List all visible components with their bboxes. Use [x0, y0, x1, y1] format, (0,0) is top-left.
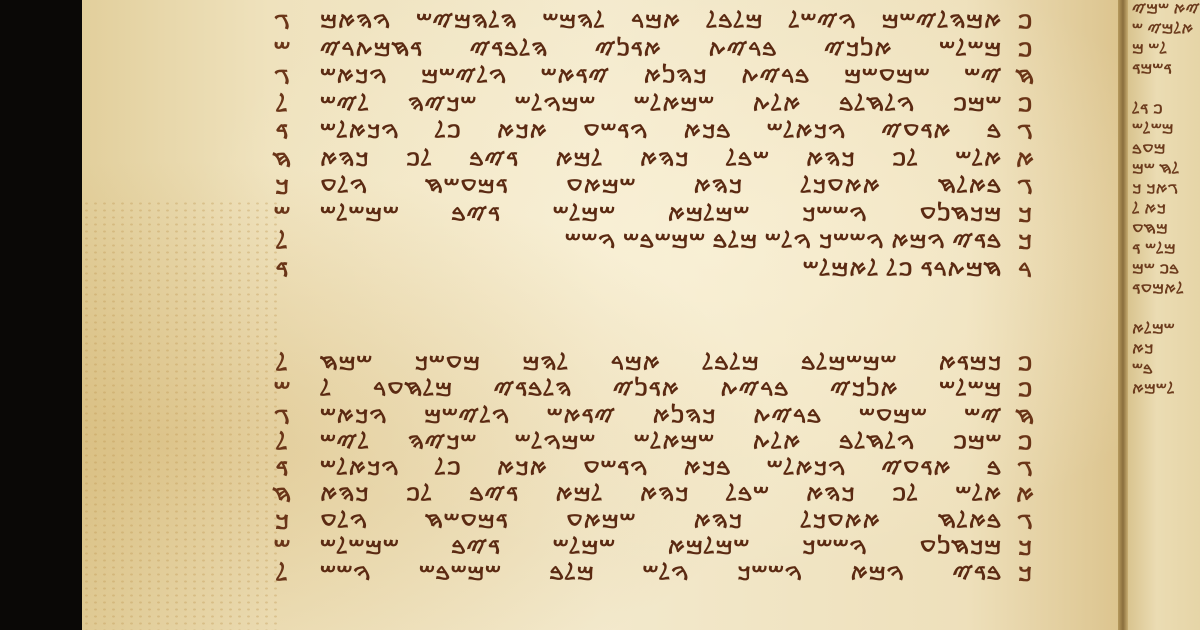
manuscript-line: ࠃࠁ ࠀࠃࠏࠉ ࠅࠊࠀࠋࠔ ࠁࠊࠀ ࠅࠃࠔࠏ ࠀࠊࠀ ࠐࠋ ࠅࠊࠀࠋࠔࠂ: [268, 118, 1038, 146]
adjacent-page-line: ࠋࠔࠌࠀ: [1128, 380, 1200, 400]
adjacent-page-line: [1128, 300, 1200, 320]
margin-letter-left: ࠔ: [268, 534, 296, 560]
margin-letter-right: ࠊ: [1012, 560, 1038, 586]
dark-background-left: [0, 0, 82, 630]
margin-letter-right: ࠀ: [1012, 146, 1038, 174]
line-text: ࠁ ࠀࠃࠏࠉ ࠅࠊࠀࠋࠔ ࠁࠊࠀ ࠅࠃࠔࠏ ࠀࠊࠀ ࠐࠋ ࠅࠊࠀࠋࠔ: [320, 118, 1002, 146]
margin-letter-left: ࠇ: [268, 481, 296, 507]
adjacent-page-line: ࠀࠋࠌࠉ ࠔ: [1128, 20, 1200, 40]
margin-letter-left: ࠔ: [268, 376, 296, 402]
margin-letter-right: ࠊ: [1012, 228, 1038, 256]
line-text: ࠔࠌࠐ ࠅࠋࠇࠋࠁ ࠀࠋࠕ ࠔࠌࠀࠋࠔ ࠔࠌࠅࠋࠔ ࠔࠊࠉࠄ ࠋࠉࠔ: [320, 91, 1002, 119]
line-text: ࠁࠀࠋࠇ ࠀࠀࠏࠊࠋ ࠊࠄࠀ ࠔࠌࠀࠏ ࠃࠌࠏࠔࠇ ࠅࠋࠏ: [320, 173, 1002, 201]
margin-letter-left: ࠋ: [268, 228, 296, 256]
manuscript-line: ࠇࠀࠋࠔ ࠋࠐ ࠊࠄࠀ ࠔࠁࠋ ࠊࠄࠀ ࠋࠌࠀ ࠃࠉࠁ ࠋࠐ ࠊࠄࠀࠀ: [268, 481, 1038, 507]
adjacent-page-edge: ࠃࠉࠀ ࠔࠌࠉ ࠀࠋࠌࠉ ࠔ ࠋࠔ ࠌ ࠃࠔࠌࠃ ࠐ ࠃࠋ ࠌࠔࠋࠔ ࠌࠏࠁ ࠋ…: [1128, 0, 1200, 630]
adjacent-page-line: ࠃࠉࠀ ࠔࠌࠉ: [1128, 0, 1200, 20]
margin-letter-left: ࠇ: [268, 146, 296, 174]
margin-letter-left: ࠋ: [268, 350, 296, 376]
adjacent-page-line: [1128, 80, 1200, 100]
margin-letter-right: ࠂ: [1012, 173, 1038, 201]
manuscript-line: ࠋࠁࠃࠉ ࠅࠌࠀ ࠅࠔࠔࠊ ࠅࠋࠔ ࠌࠋࠁ ࠔࠌࠔࠁࠔ ࠅࠔࠔࠊ: [268, 228, 1038, 256]
manuscript-line: ࠃࠇࠌࠕࠓࠃ ࠐࠋ ࠋࠀࠌࠋࠔࠓ: [268, 256, 1038, 284]
margin-letter-left: ࠊ: [268, 173, 296, 201]
manuscript-line: ࠂࠉࠔ ࠔࠌࠏࠔࠌ ࠁࠓࠉࠕ ࠊࠄࠍࠀ ࠉࠃࠀࠔ ࠅࠋࠉࠔࠌ ࠅࠊࠀࠔࠇ: [268, 63, 1038, 91]
line-text: ࠉࠔ ࠔࠌࠏࠔ ࠁࠓࠉࠕ ࠊࠄࠍࠀ ࠉࠃࠀࠔ ࠅࠋࠉࠔࠌ ࠅࠊࠀࠔ: [320, 403, 1002, 429]
line-text: ࠌࠔࠋࠔ ࠀࠍࠊࠉ ࠁࠓࠉࠕ ࠀࠃࠍࠉ ࠄࠋࠁࠃࠉ ࠌࠋࠇࠏࠓ ࠋ: [320, 376, 1002, 402]
manuscript-line: ࠔࠌࠔࠋࠔ ࠀࠍࠊࠉ ࠁࠓࠉࠕ ࠀࠃࠍࠉ ࠄࠋࠁࠃࠉ ࠌࠋࠇࠏࠓ ࠋࠐ: [268, 376, 1038, 402]
adjacent-page-line: ࠌࠏࠁ: [1128, 140, 1200, 160]
margin-letter-right: ࠂ: [1012, 118, 1038, 146]
margin-letter-left: ࠃ: [268, 118, 296, 146]
manuscript-line: ࠔࠌࠊࠇࠍࠏ ࠅࠔࠔࠊ ࠔࠌࠋࠌࠀ ࠔࠌࠋࠔ ࠃࠉࠁ ࠔࠌࠔࠋࠔࠊ: [268, 201, 1038, 229]
margin-letter-left: ࠋ: [268, 429, 296, 455]
margin-letter-left: ࠔ: [268, 36, 296, 64]
adjacent-page-line: ࠃࠔࠌࠃ: [1128, 60, 1200, 80]
manuscript-line: ࠋࠁࠃࠉ ࠅࠌࠀ ࠅࠔࠔࠊ ࠅࠋࠔ ࠌࠋࠁ ࠔࠌࠔࠁࠔ ࠅࠔࠔࠊ: [268, 560, 1038, 586]
adjacent-page-line: ࠁࠐ ࠔࠌ: [1128, 260, 1200, 280]
margin-letter-right: ࠂ: [1012, 508, 1038, 534]
line-text: ࠌࠔࠋࠔ ࠀࠍࠊࠉ ࠁࠓࠉࠕ ࠀࠃࠍࠉ ࠄࠋࠁࠃࠉ ࠃࠇࠌࠕࠓࠉ: [320, 36, 1002, 64]
margin-letter-left: ࠂ: [268, 403, 296, 429]
adjacent-page-line: ࠂࠀࠊ ࠊ: [1128, 180, 1200, 200]
manuscript-line: ࠔࠌࠊࠇࠍࠏ ࠅࠔࠔࠊ ࠔࠌࠋࠌࠀ ࠔࠌࠋࠔ ࠃࠉࠁ ࠔࠌࠔࠋࠔࠊ: [268, 534, 1038, 560]
manuscript-line: ࠋࠔࠌࠐ ࠅࠋࠇࠋࠁ ࠀࠋࠕ ࠔࠌࠀࠋࠔ ࠔࠌࠅࠋࠔ ࠔࠊࠉࠄ ࠋࠉࠔࠐ: [268, 91, 1038, 119]
adjacent-page-line: ࠌࠔࠋࠔ: [1128, 120, 1200, 140]
margin-letter-left: ࠊ: [268, 508, 296, 534]
adjacent-page-line: ࠌࠋࠔ ࠃ: [1128, 240, 1200, 260]
margin-letter-left: ࠋ: [268, 560, 296, 586]
manuscript-line: ࠃࠁ ࠀࠃࠏࠉ ࠅࠊࠀࠋࠔ ࠁࠊࠀ ࠅࠃࠔࠏ ࠀࠊࠀ ࠐࠋ ࠅࠊࠀࠋࠔࠂ: [268, 455, 1038, 481]
adjacent-page-line: ࠊࠀ ࠋ: [1128, 200, 1200, 220]
margin-letter-right: ࠓ: [1012, 256, 1038, 284]
line-text: ࠉࠔ ࠔࠌࠏࠔࠌ ࠁࠓࠉࠕ ࠊࠄࠍࠀ ࠉࠃࠀࠔ ࠅࠋࠉࠔࠌ ࠅࠊࠀࠔ: [320, 63, 1002, 91]
margin-letter-right: ࠀ: [1012, 481, 1038, 507]
margin-letter-right: ࠊ: [1012, 201, 1038, 229]
manuscript-line: ࠂࠉࠔ ࠔࠌࠏࠔ ࠁࠓࠉࠕ ࠊࠄࠍࠀ ࠉࠃࠀࠔ ࠅࠋࠉࠔࠌ ࠅࠊࠀࠔࠇ: [268, 403, 1038, 429]
adjacent-page-line: ࠐ ࠃࠋ: [1128, 100, 1200, 120]
margin-letter-left: ࠂ: [268, 63, 296, 91]
line-text: ࠁࠀࠋࠇ ࠀࠀࠏࠊࠋ ࠊࠄࠀ ࠔࠌࠀࠏ ࠃࠌࠏࠔࠇ ࠅࠋࠏ: [320, 508, 1002, 534]
line-text: ࠔࠌࠐ ࠅࠋࠇࠋࠁ ࠀࠋࠕ ࠔࠌࠀࠋࠔ ࠔࠌࠅࠋࠔ ࠔࠊࠉࠄ ࠋࠉࠔ: [320, 429, 1002, 455]
line-text: ࠁ ࠀࠃࠏࠉ ࠅࠊࠀࠋࠔ ࠁࠊࠀ ࠅࠃࠔࠏ ࠀࠊࠀ ࠐࠋ ࠅࠊࠀࠋࠔ: [320, 455, 1002, 481]
margin-letter-right: ࠐ: [1012, 350, 1038, 376]
adjacent-page-line: ࠋࠔ ࠌ: [1128, 40, 1200, 60]
margin-letter-right: ࠇ: [1012, 403, 1038, 429]
manuscript-line: ࠋࠔࠌࠐ ࠅࠋࠇࠋࠁ ࠀࠋࠕ ࠔࠌࠀࠋࠔ ࠔࠌࠅࠋࠔ ࠔࠊࠉࠄ ࠋࠉࠔࠐ: [268, 429, 1038, 455]
line-text: ࠀࠋࠔ ࠋࠐ ࠊࠄࠀ ࠔࠁࠋ ࠊࠄࠀ ࠋࠌࠀ ࠃࠉࠁ ࠋࠐ ࠊࠄࠀ: [320, 481, 1002, 507]
line-text: ࠀࠌࠄࠋࠉࠔࠌ ࠅࠉࠔࠋ ࠌࠋࠁࠋ ࠀࠌࠓ ࠋࠄࠌࠔ ࠄࠋࠄࠌࠉࠔ ࠅࠄࠀࠌ: [320, 8, 1002, 36]
margin-letter-right: ࠐ: [1012, 429, 1038, 455]
manuscript-line: ࠂࠀࠌࠄࠋࠉࠔࠌ ࠅࠉࠔࠋ ࠌࠋࠁࠋ ࠀࠌࠓ ࠋࠄࠌࠔ ࠄࠋࠄࠌࠉࠔ ࠅࠄࠀࠌࠐ: [268, 8, 1038, 36]
margin-letter-left: ࠋ: [268, 91, 296, 119]
text-block-upper: ࠂࠀࠌࠄࠋࠉࠔࠌ ࠅࠉࠔࠋ ࠌࠋࠁࠋ ࠀࠌࠓ ࠋࠄࠌࠔ ࠄࠋࠄࠌࠉࠔ ࠅࠄࠀࠌࠐ…: [268, 8, 1038, 283]
adjacent-page-line: ࠔࠌࠋࠀ: [1128, 320, 1200, 340]
adjacent-page-line: ࠋࠀࠌࠏࠃ: [1128, 280, 1200, 300]
line-text: ࠌࠊࠇࠍࠏ ࠅࠔࠔࠊ ࠔࠌࠋࠌࠀ ࠔࠌࠋࠔ ࠃࠉࠁ ࠔࠌࠔࠋࠔ: [320, 534, 1002, 560]
margin-letter-right: ࠐ: [1012, 376, 1038, 402]
line-text: ࠌࠊࠇࠍࠏ ࠅࠔࠔࠊ ࠔࠌࠋࠌࠀ ࠔࠌࠋࠔ ࠃࠉࠁ ࠔࠌࠔࠋࠔ: [320, 201, 1002, 229]
line-text: ࠊࠌࠃࠀ ࠔࠌࠔࠌࠋࠁ ࠌࠋࠁࠋ ࠀࠌࠓ ࠋࠄࠌ ࠌࠏࠔࠊ ࠔࠌࠇ: [320, 350, 1002, 376]
adjacent-page-line: ࠁࠔ: [1128, 360, 1200, 380]
manuscript-line: ࠔࠌࠔࠋࠔ ࠀࠍࠊࠉ ࠁࠓࠉࠕ ࠀࠃࠍࠉ ࠄࠋࠁࠃࠉ ࠃࠇࠌࠕࠓࠉࠐ: [268, 36, 1038, 64]
margin-letter-left: ࠔ: [268, 201, 296, 229]
margin-letter-left: ࠃ: [268, 455, 296, 481]
margin-letter-left: ࠂ: [268, 8, 296, 36]
margin-letter-right: ࠐ: [1012, 8, 1038, 36]
text-block-lower: ࠋࠊࠌࠃࠀ ࠔࠌࠔࠌࠋࠁ ࠌࠋࠁࠋ ࠀࠌࠓ ࠋࠄࠌ ࠌࠏࠔࠊ ࠔࠌࠇࠐ ࠔࠌࠔࠋ…: [268, 350, 1038, 587]
manuscript-line: ࠋࠊࠌࠃࠀ ࠔࠌࠔࠌࠋࠁ ࠌࠋࠁࠋ ࠀࠌࠓ ࠋࠄࠌ ࠌࠏࠔࠊ ࠔࠌࠇࠐ: [268, 350, 1038, 376]
margin-letter-left: ࠃ: [268, 256, 296, 284]
line-text: ࠁࠃࠉ ࠅࠌࠀ ࠅࠔࠔࠊ ࠅࠋࠔ ࠌࠋࠁ ࠔࠌࠔࠁࠔ ࠅࠔࠔ: [320, 560, 1002, 586]
line-text: ࠀࠋࠔ ࠋࠐ ࠊࠄࠀ ࠔࠁࠋ ࠊࠄࠀ ࠋࠌࠀ ࠃࠉࠁ ࠋࠐ ࠊࠄࠀ: [320, 146, 1002, 174]
manuscript-line: ࠊࠁࠀࠋࠇ ࠀࠀࠏࠊࠋ ࠊࠄࠀ ࠔࠌࠀࠏ ࠃࠌࠏࠔࠇ ࠅࠋࠏࠂ: [268, 508, 1038, 534]
line-text: ࠁࠃࠉ ࠅࠌࠀ ࠅࠔࠔࠊ ࠅࠋࠔ ࠌࠋࠁ ࠔࠌࠔࠁࠔ ࠅࠔࠔ: [320, 228, 1002, 256]
binding-gutter: [1118, 0, 1128, 630]
line-text: ࠇࠌࠕࠓࠃ ࠐࠋ ࠋࠀࠌࠋࠔ: [320, 256, 1002, 284]
adjacent-page-line: ࠊࠀ: [1128, 340, 1200, 360]
margin-letter-right: ࠐ: [1012, 36, 1038, 64]
adjacent-page-line: ࠋࠇ ࠔࠌ: [1128, 160, 1200, 180]
manuscript-line: ࠊࠁࠀࠋࠇ ࠀࠀࠏࠊࠋ ࠊࠄࠀ ࠔࠌࠀࠏ ࠃࠌࠏࠔࠇ ࠅࠋࠏࠂ: [268, 173, 1038, 201]
margin-letter-right: ࠐ: [1012, 91, 1038, 119]
adjacent-page-line: ࠌࠇࠏ: [1128, 220, 1200, 240]
margin-letter-right: ࠇ: [1012, 63, 1038, 91]
manuscript-line: ࠇࠀࠋࠔ ࠋࠐ ࠊࠄࠀ ࠔࠁࠋ ࠊࠄࠀ ࠋࠌࠀ ࠃࠉࠁ ࠋࠐ ࠊࠄࠀࠀ: [268, 146, 1038, 174]
margin-letter-right: ࠂ: [1012, 455, 1038, 481]
margin-letter-right: ࠊ: [1012, 534, 1038, 560]
